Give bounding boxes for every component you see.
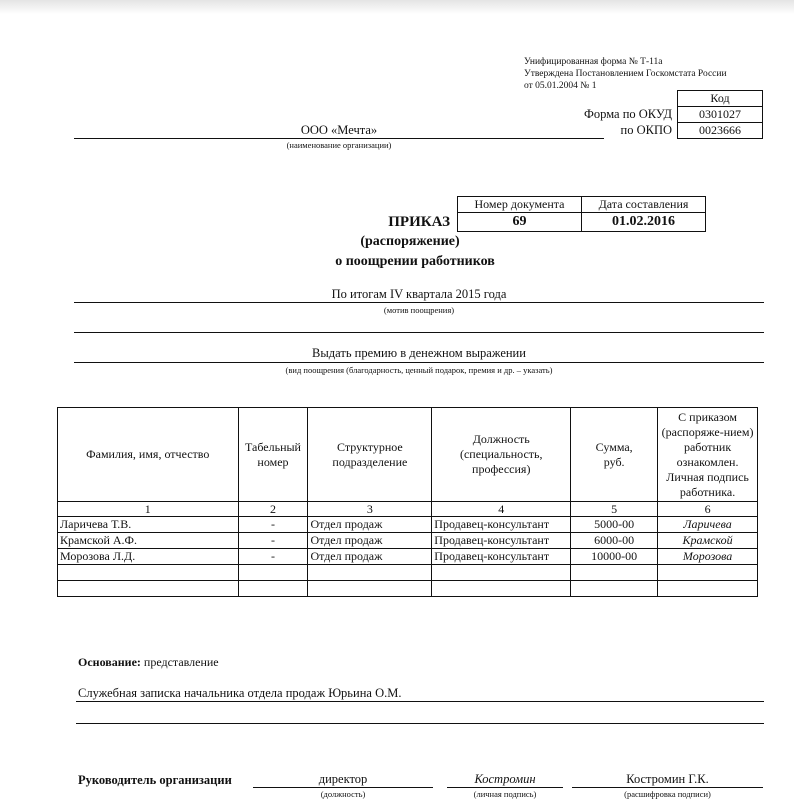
codes-header: Код — [678, 91, 763, 107]
basis: Основание: представление — [78, 655, 219, 670]
cell-signature — [658, 565, 758, 581]
okud-value: 0301027 — [678, 107, 763, 123]
col-header-acknowledgment: С приказом (распоряже-нием) работник озн… — [658, 408, 758, 502]
cell-position: Продавец-консультант — [432, 549, 571, 565]
cell-department — [308, 565, 432, 581]
col-number: 1 — [58, 502, 239, 517]
reward-type-value: Выдать премию в денежном выражении — [74, 346, 764, 361]
signature-sign-caption: (личная подпись) — [447, 789, 563, 799]
reward-type-caption: (вид поощрения (благодарность, ценный по… — [74, 365, 764, 375]
cell-department: Отдел продаж — [308, 517, 432, 533]
col-header-name: Фамилия, имя, отчество — [58, 408, 239, 502]
cell-department: Отдел продаж — [308, 549, 432, 565]
organization-name: ООО «Мечта» — [74, 123, 604, 138]
cell-name — [58, 565, 239, 581]
motive-extra-line — [74, 332, 764, 333]
doc-date-header: Дата составления — [582, 197, 706, 213]
document-subject: о поощрении работников — [290, 254, 540, 270]
col-number: 2 — [238, 502, 308, 517]
col-number: 6 — [658, 502, 758, 517]
cell-amount: 10000-00 — [571, 549, 658, 565]
col-number: 5 — [571, 502, 658, 517]
organization-underline — [74, 138, 604, 139]
signature-label: Руководитель организации — [78, 773, 232, 788]
motive-value: По итогам IV квартала 2015 года — [74, 287, 764, 302]
cell-position: Продавец-консультант — [432, 517, 571, 533]
signature-position-line — [253, 787, 433, 788]
motive-caption: (мотив поощрения) — [74, 305, 764, 315]
cell-personnel-number — [238, 565, 308, 581]
form-header: Унифицированная форма № Т-11а Утверждена… — [524, 56, 727, 92]
okud-label: Форма по ОКУД — [540, 107, 672, 122]
reward-type-underline — [74, 362, 764, 363]
basis-value: представление — [144, 655, 219, 669]
table-row: Морозова Л.Д. - Отдел продаж Продавец-ко… — [58, 549, 758, 565]
col-header-position: Должность (специальность, профессия) — [432, 408, 571, 502]
signature-decoding-caption: (расшифровка подписи) — [572, 789, 763, 799]
table-row-empty — [58, 565, 758, 581]
signature-position-caption: (должность) — [253, 789, 433, 799]
cell-name: Крамской А.Ф. — [58, 533, 239, 549]
basis-document: Служебная записка начальника отдела прод… — [78, 686, 401, 701]
cell-personnel-number: - — [238, 549, 308, 565]
cell-name: Ларичева Т.В. — [58, 517, 239, 533]
document-info-table: Номер документа Дата составления 69 01.0… — [457, 196, 706, 232]
doc-number-header: Номер документа — [458, 197, 582, 213]
cell-position — [432, 565, 571, 581]
cell-department: Отдел продаж — [308, 533, 432, 549]
cell-personnel-number: - — [238, 533, 308, 549]
form-header-line2: Утверждена Постановлением Госкомстата Ро… — [524, 68, 727, 80]
document-title: ПРИКАЗ — [300, 214, 450, 231]
document-subtitle: (распоряжение) — [320, 234, 500, 250]
col-number: 3 — [308, 502, 432, 517]
viewer-top-shadow — [0, 0, 794, 14]
signature-sign-line — [447, 787, 563, 788]
basis-label: Основание: — [78, 655, 141, 669]
col-header-department: Структурное подразделение — [308, 408, 432, 502]
doc-date: 01.02.2016 — [582, 213, 706, 232]
cell-personnel-number: - — [238, 517, 308, 533]
cell-amount — [571, 565, 658, 581]
cell-amount: 5000-00 — [571, 517, 658, 533]
doc-number: 69 — [458, 213, 582, 232]
cell-department — [308, 581, 432, 597]
table-row: Ларичева Т.В. - Отдел продаж Продавец-ко… — [58, 517, 758, 533]
cell-name: Морозова Л.Д. — [58, 549, 239, 565]
basis-underline — [76, 701, 764, 702]
cell-position: Продавец-консультант — [432, 533, 571, 549]
cell-signature: Крамской — [658, 533, 758, 549]
motive-underline — [74, 302, 764, 303]
table-row: Крамской А.Ф. - Отдел продаж Продавец-ко… — [58, 533, 758, 549]
basis-extra-line — [76, 723, 764, 724]
table-row-empty — [58, 581, 758, 597]
signature-decoding-line — [572, 787, 763, 788]
cell-signature: Морозова — [658, 549, 758, 565]
cell-position — [432, 581, 571, 597]
cell-signature: Ларичева — [658, 517, 758, 533]
form-header-line1: Унифицированная форма № Т-11а — [524, 56, 727, 68]
cell-amount — [571, 581, 658, 597]
col-number: 4 — [432, 502, 571, 517]
cell-personnel-number — [238, 581, 308, 597]
codes-table: Код 0301027 0023666 — [677, 90, 763, 139]
signature-sign: Костромин — [447, 772, 563, 787]
col-header-amount: Сумма, руб. — [571, 408, 658, 502]
cell-name — [58, 581, 239, 597]
col-header-personnel-number: Табельный номер — [238, 408, 308, 502]
employees-table: Фамилия, имя, отчество Табельный номер С… — [57, 407, 758, 597]
okpo-value: 0023666 — [678, 123, 763, 139]
cell-signature — [658, 581, 758, 597]
cell-amount: 6000-00 — [571, 533, 658, 549]
signature-decoding: Костромин Г.К. — [572, 772, 763, 787]
signature-position: директор — [253, 772, 433, 787]
organization-caption: (наименование организации) — [74, 140, 604, 150]
